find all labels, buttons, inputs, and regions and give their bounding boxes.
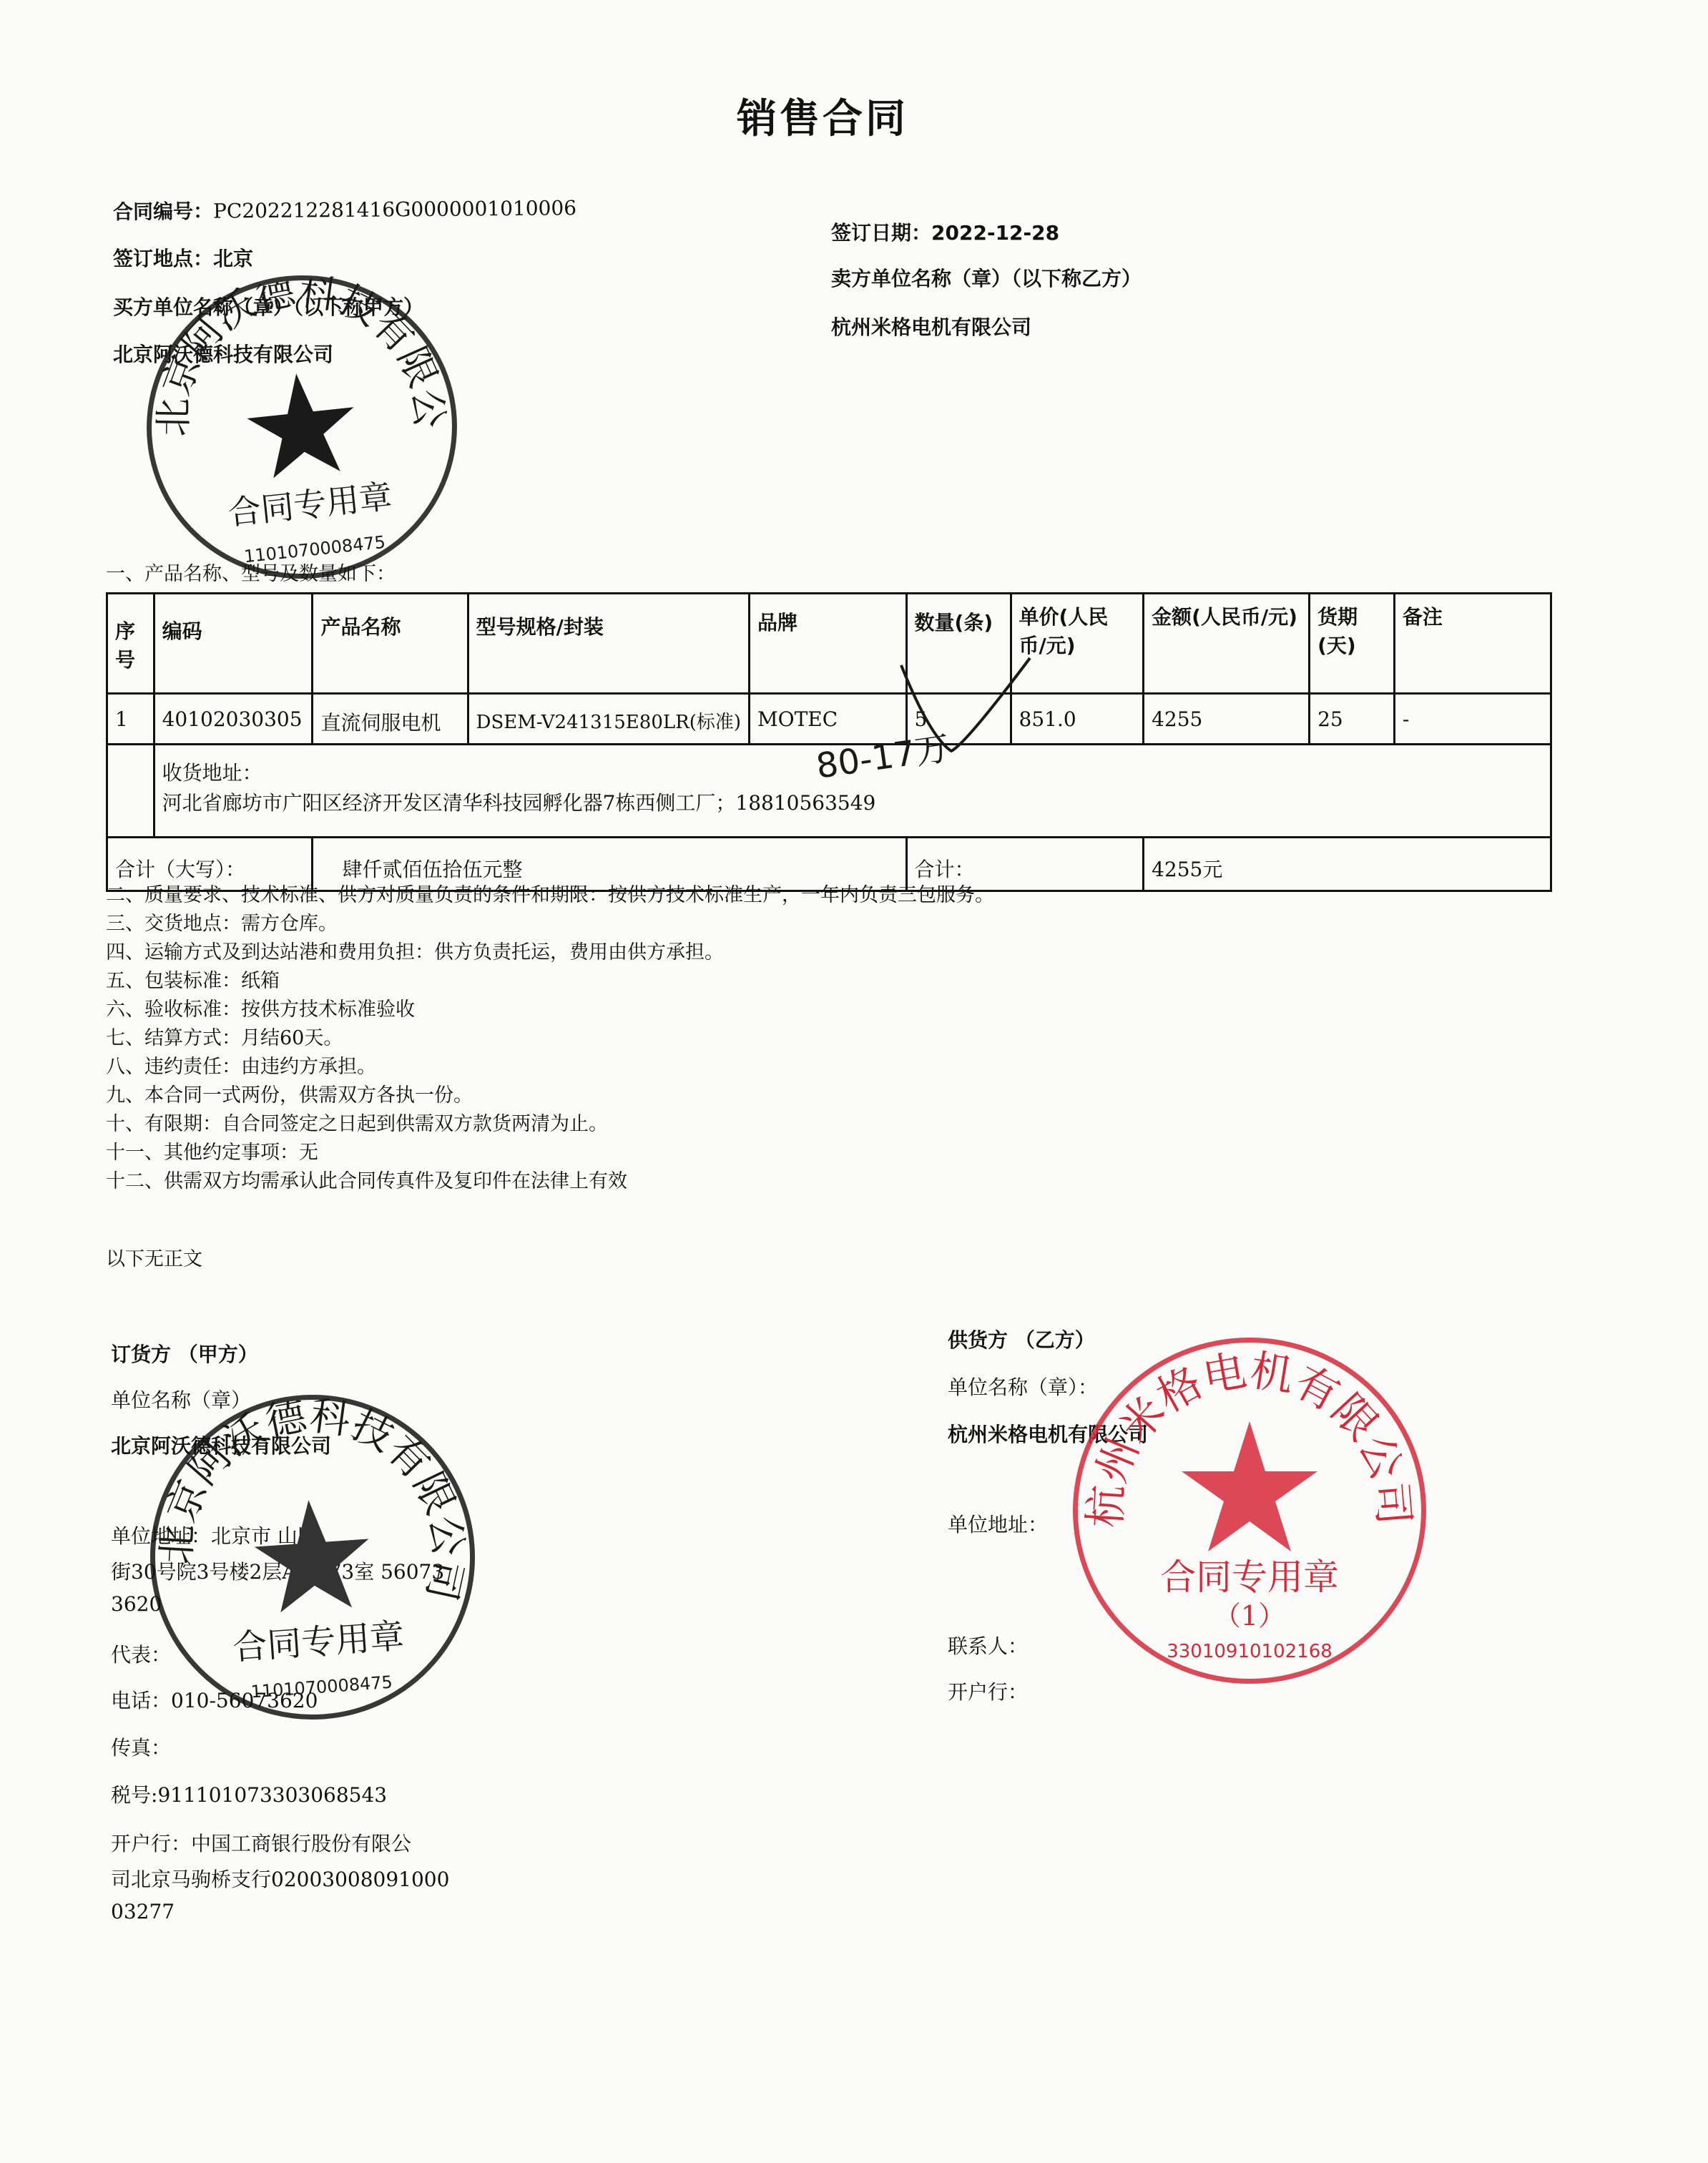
sign-place-value: 北京 (213, 247, 253, 270)
header-product-name: 产品名称 (313, 594, 468, 694)
header-remark: 备注 (1394, 594, 1551, 694)
party-b-bank-label: 开户行： (948, 1677, 1028, 1705)
party-a-bank-line1: 开户行：中国工商银行股份有限公 (111, 1828, 411, 1857)
clause-10: 十、有限期：自合同签定之日起到供需双方款货两清为止。 (106, 1110, 994, 1139)
cell-lead-time: 25 (1310, 694, 1395, 745)
seller-company-seal: 杭州米格电机有限公司 合同专用章 （1） 3301091010216​8 (1073, 1338, 1426, 1684)
header-lead-time: 货期(天) (1310, 594, 1395, 694)
party-a-unit-name: 北京阿沃德科技有限公司 (111, 1431, 331, 1459)
party-a-tax: 税号:91110107330306854​3 (111, 1780, 387, 1808)
buyer-seal-subtext: 合同专用章 (226, 477, 393, 533)
sign-date-value: 2022-12-28 (931, 221, 1059, 245)
party-a-fax-label: 传真： (111, 1732, 171, 1761)
seller-seal-code: 3301091010216​8 (1167, 1641, 1332, 1662)
end-note: 以下无正文 (106, 1243, 202, 1271)
cell-model: DSEM-V241315E80LR(标准) (468, 694, 749, 745)
clause-2: 二、质量要求、技术标准、供方对质量负责的条件和期限：按供方技术标准生产，一年内负… (106, 881, 994, 910)
party-a-title: 订货方 （甲方） (111, 1339, 258, 1368)
seller-name: 杭州米格电机有限公司 (831, 312, 1031, 340)
party-a-rep-label: 代表： (111, 1639, 171, 1668)
total-value: 4255元 (1144, 838, 1551, 891)
document-title: 销售合同 (737, 87, 908, 144)
party-a-phone: 电话：010-56073620 (111, 1685, 318, 1714)
party-b-address-label: 单位地址： (948, 1509, 1048, 1538)
sign-date: 签订日期：2022-12-28 (831, 217, 1059, 246)
table-header-row: 序号 编码 产品名称 型号规格/封装 品牌 数量(条) 单价(人民币/元) 金额… (107, 594, 1551, 694)
header-brand: 品牌 (750, 594, 907, 694)
svg-text:北京阿沃德科技有限公司: 北京阿沃德科技有限公司 (144, 1389, 475, 1626)
contract-clauses: 二、质量要求、技术标准、供方对质量负责的条件和期限：按供方技术标准生产，一年内负… (106, 881, 994, 1196)
buyer-seal-text: 北京阿沃德科技有限公司 (144, 1389, 475, 1626)
party-a-tax-label: 税号: (111, 1783, 157, 1807)
clause-4: 四、运输方式及到达站港和费用负担：供方负责托运，费用由供方承担。 (106, 938, 994, 967)
handwritten-check-icon (887, 644, 1044, 772)
sign-place-label: 签订地点： (113, 247, 213, 270)
party-a-address-line1: 单位地址：北京市 山区 (111, 1521, 318, 1549)
party-a-address-line3: 3620 (111, 1592, 162, 1616)
star-icon (243, 368, 360, 481)
party-b-unit-name-label: 单位名称（章）： (948, 1372, 1098, 1401)
cell-amount: 4255 (1144, 694, 1310, 745)
clause-6: 六、验收标准：按供方技术标准验收 (106, 996, 994, 1024)
clause-11: 十一、其他约定事项：无 (106, 1139, 994, 1167)
delivery-address: 河北省廊坊市广阳区经济开发区清华科技园孵化器7栋西侧工厂；18810563549 (162, 788, 1543, 818)
party-a-bank-line2: 司北京马驹桥支行0200300809100​0 (111, 1864, 449, 1893)
seller-label: 卖方单位名称（章）（以下称乙方） (831, 263, 1142, 292)
seller-seal-index: （1） (1214, 1600, 1285, 1632)
seller-seal-subtext: 合同专用章 (1160, 1556, 1339, 1598)
party-a-phone-label: 电话： (111, 1689, 171, 1712)
party-b-unit-name: 杭州米格电机有限公司 (948, 1419, 1148, 1448)
clause-9: 九、本合同一式两份，供需双方各执一份。 (106, 1081, 994, 1110)
section1-title: 一、产品名称、型号及数量如下： (106, 558, 396, 586)
party-a-bank-label: 开户行： (111, 1832, 191, 1855)
sign-date-label: 签订日期： (831, 221, 931, 245)
party-a-phone-value: 010-56073620 (171, 1689, 318, 1712)
sign-place: 签订地点：北京 (113, 243, 253, 272)
buyer-label: 买方单位名称（章）（以下称甲方） (113, 292, 423, 320)
clause-5: 五、包装标准：纸箱 (106, 967, 994, 996)
contract-number-value: PC202212281416G0000001010006 (213, 196, 576, 222)
party-b-contact-label: 联系人： (948, 1631, 1028, 1659)
party-b-title: 供货方 （乙方） (948, 1325, 1095, 1353)
header-code: 编码 (154, 594, 313, 694)
contract-number: 合同编号：PC202212281416G0000001010006 (113, 192, 576, 225)
buyer-name: 北京阿沃德科技有限公司 (113, 339, 333, 368)
contract-number-label: 合同编号： (113, 200, 213, 224)
party-a-bank-line3: 03277 (111, 1900, 175, 1923)
party-a-address-line2: 街30号院3号楼2层A-0773室 56073 (111, 1556, 444, 1585)
clause-12: 十二、供需双方均需承认此合同传真件及复印件在法律上有效 (106, 1167, 994, 1196)
cell-code: 40102030305 (154, 694, 313, 745)
buyer-seal-subtext: 合同专用章 (232, 1616, 406, 1668)
header-amount: 金额(人民币/元) (1144, 594, 1310, 694)
clause-3: 三、交货地点：需方仓库。 (106, 910, 994, 938)
party-a-tax-value: 91110107330306854​3 (157, 1783, 387, 1807)
star-icon (1182, 1421, 1317, 1551)
cell-seq: 1 (107, 694, 154, 745)
clause-7: 七、结算方式：月结60天。 (106, 1024, 994, 1053)
header-model: 型号规格/封装 (468, 594, 749, 694)
cell-product-name: 直流伺服电机 (313, 694, 468, 745)
header-seq: 序号 (107, 594, 154, 694)
party-a-bank-value: 中国工商银行股份有限公 (191, 1832, 411, 1855)
cell-remark: - (1394, 694, 1551, 745)
star-icon (252, 1496, 373, 1614)
clause-8: 八、违约责任：由违约方承担。 (106, 1053, 994, 1081)
party-a-unit-name-label: 单位名称（章） (111, 1385, 251, 1413)
